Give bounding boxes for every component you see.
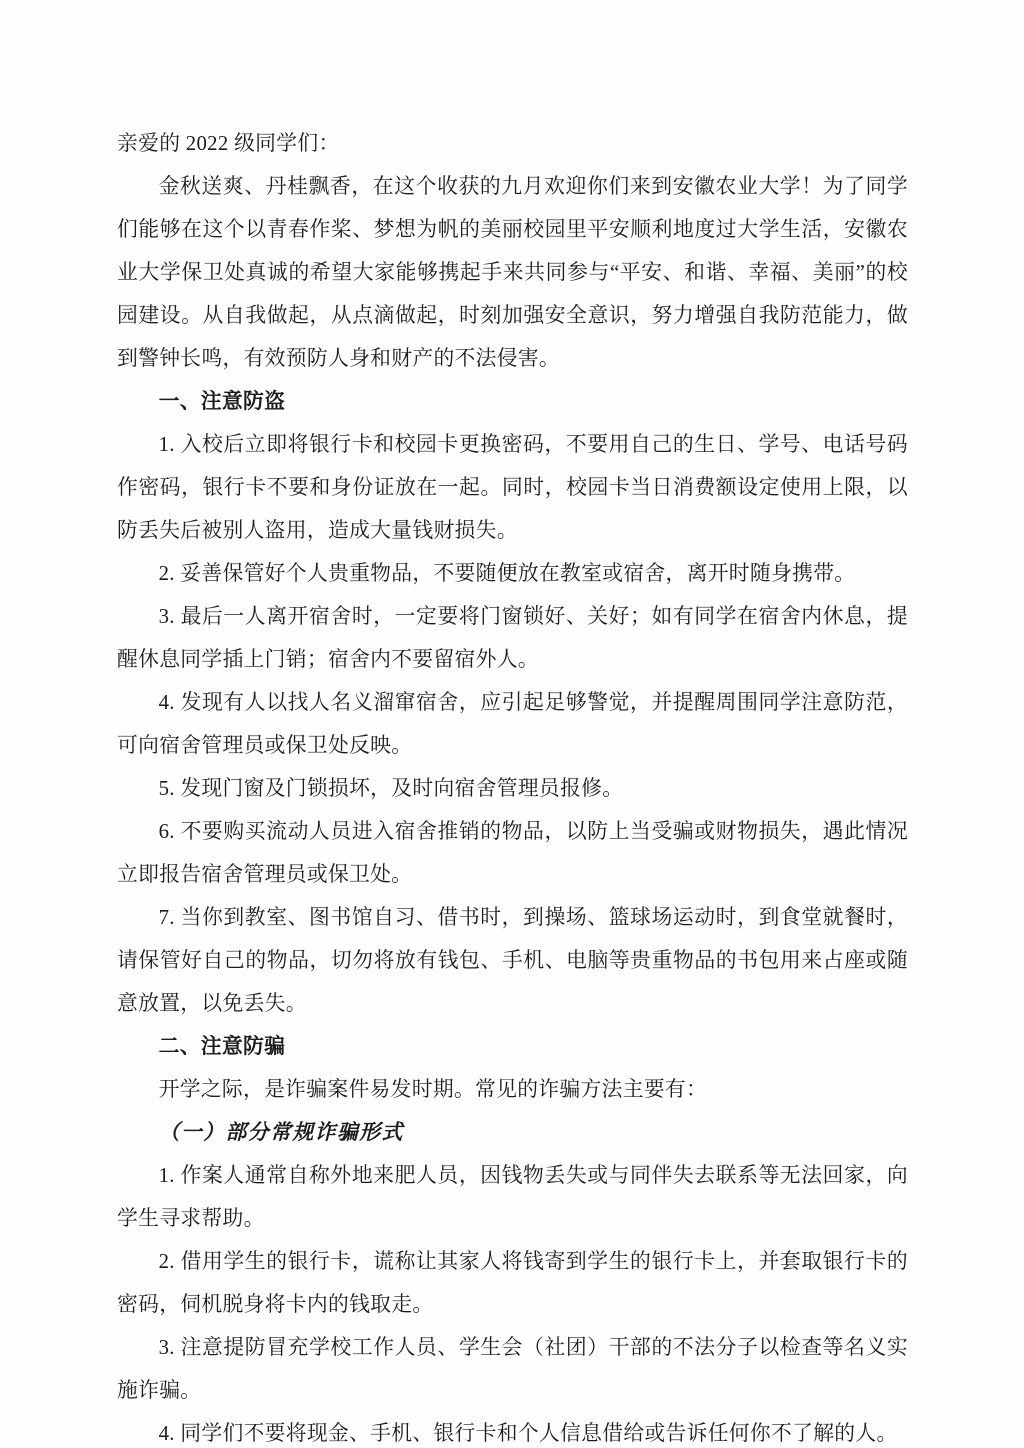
body-paragraph: 1. 入校后立即将银行卡和校园卡更换密码，不要用自己的生日、学号、电话号码作密码… — [117, 423, 908, 552]
sub-section-heading: （一）部分常规诈骗形式 — [117, 1111, 908, 1154]
section-heading: 一、注意防盗 — [117, 380, 908, 423]
body-paragraph: 4. 发现有人以找人名义溜窜宿舍，应引起足够警觉，并提醒周围同学注意防范，可向宿… — [117, 681, 908, 767]
salutation-line: 亲爱的 2022 级同学们： — [117, 122, 908, 165]
body-paragraph: 3. 注意提防冒充学校工作人员、学生会（社团）干部的不法分子以检查等名义实施诈骗… — [117, 1326, 908, 1412]
body-paragraph: 1. 作案人通常自称外地来肥人员，因钱物丢失或与同伴失去联系等无法回家，向学生寻… — [117, 1154, 908, 1240]
body-paragraph: 7. 当你到教室、图书馆自习、借书时，到操场、篮球场运动时，到食堂就餐时，请保管… — [117, 896, 908, 1025]
section-heading: 二、注意防骗 — [117, 1025, 908, 1068]
body-paragraph: 5. 发现门窗及门锁损坏，及时向宿舍管理员报修。 — [117, 767, 908, 810]
body-paragraph: 3. 最后一人离开宿舍时，一定要将门窗锁好、关好；如有同学在宿舍内休息，提醒休息… — [117, 595, 908, 681]
body-paragraph: 2. 借用学生的银行卡，谎称让其家人将钱寄到学生的银行卡上，并套取银行卡的密码，… — [117, 1240, 908, 1326]
body-paragraph: 2. 妥善保管好个人贵重物品，不要随便放在教室或宿舍，离开时随身携带。 — [117, 552, 908, 595]
document-page: 亲爱的 2022 级同学们：金秋送爽、丹桂飘香，在这个收获的九月欢迎你们来到安徽… — [0, 0, 1024, 1448]
body-paragraph: 6. 不要购买流动人员进入宿舍推销的物品，以防上当受骗或财物损失，遇此情况立即报… — [117, 810, 908, 896]
document-body: 亲爱的 2022 级同学们：金秋送爽、丹桂飘香，在这个收获的九月欢迎你们来到安徽… — [117, 122, 908, 1448]
body-paragraph: 开学之际，是诈骗案件易发时期。常见的诈骗方法主要有： — [117, 1068, 908, 1111]
body-paragraph: 4. 同学们不要将现金、手机、银行卡和个人信息借给或告诉任何你不了解的人。 — [117, 1412, 908, 1448]
body-paragraph: 金秋送爽、丹桂飘香，在这个收获的九月欢迎你们来到安徽农业大学！为了同学们能够在这… — [117, 165, 908, 380]
